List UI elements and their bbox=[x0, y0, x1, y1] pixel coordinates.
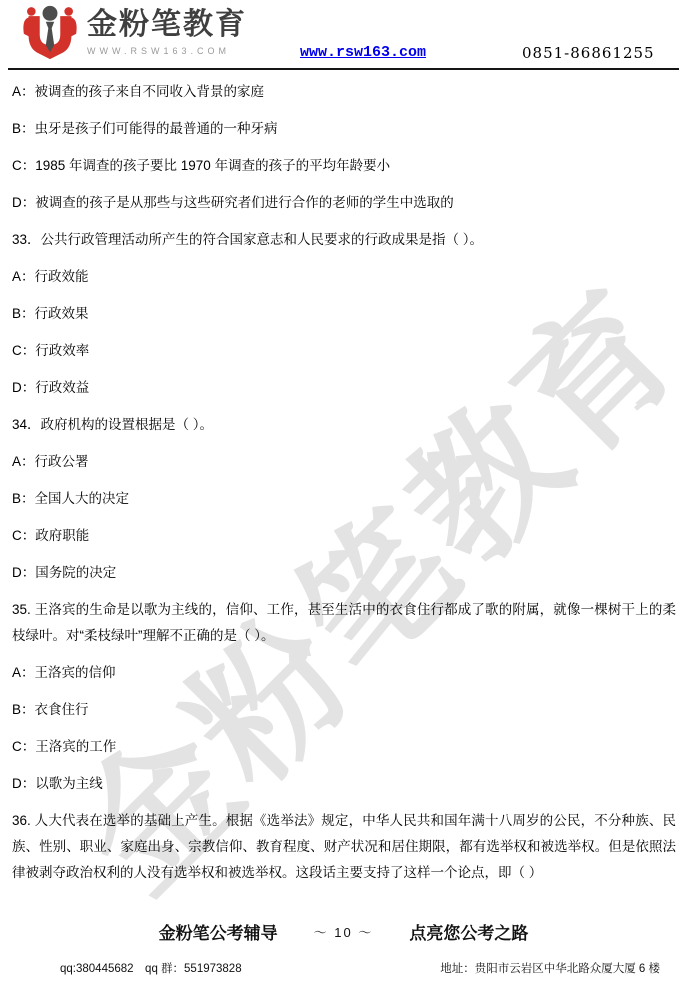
question-text: 35. 王洛宾的生命是以歌为主线的，信仰、工作，甚至生活中的衣食住行都成了歌的附… bbox=[12, 597, 676, 649]
option-text: D：国务院的决定 bbox=[12, 560, 676, 586]
option-text: B：衣食住行 bbox=[12, 697, 676, 723]
option-text: C：行政效率 bbox=[12, 338, 676, 364]
option-text: C：政府职能 bbox=[12, 523, 676, 549]
logo-text: 金粉笔教育 WWW.RSW163.COM bbox=[87, 3, 247, 56]
question-text: 34．政府机构的设置根据是（ ）。 bbox=[12, 412, 676, 438]
question-list: A：被调查的孩子来自不同收入背景的家庭B：虫牙是孩子们可能得的最普通的一种牙病C… bbox=[12, 79, 676, 897]
option-text: C：1985 年调查的孩子要比 1970 年调查的孩子的平均年龄要小 bbox=[12, 153, 676, 179]
option-text: B：虫牙是孩子们可能得的最普通的一种牙病 bbox=[12, 116, 676, 142]
question-text: 33．公共行政管理活动所产生的符合国家意志和人民要求的行政成果是指（ ）。 bbox=[12, 227, 676, 253]
option-text: B：全国人大的决定 bbox=[12, 486, 676, 512]
footer-slogan: 点亮您公考之路 bbox=[409, 919, 528, 944]
option-text: C：王洛宾的工作 bbox=[12, 734, 676, 760]
brand-subtitle: WWW.RSW163.COM bbox=[87, 46, 247, 56]
page-header: 金粉笔教育 WWW.RSW163.COM www.rsw163.com 0851… bbox=[8, 0, 679, 70]
phone-number: 0851-86861255 bbox=[522, 44, 655, 62]
brand-name: 金粉笔教育 bbox=[87, 10, 247, 40]
qq-contact: qq:380445682 qq 群：551973828 bbox=[60, 960, 242, 976]
option-text: B：行政效果 bbox=[12, 301, 676, 327]
logo-icon bbox=[22, 3, 78, 61]
question-text: 36. 人大代表在选举的基础上产生。根据《选举法》规定，中华人民共和国年满十八周… bbox=[12, 808, 676, 886]
option-text: A：被调查的孩子来自不同收入背景的家庭 bbox=[12, 79, 676, 105]
option-text: A：行政效能 bbox=[12, 264, 676, 290]
brand-logo: 金粉笔教育 WWW.RSW163.COM bbox=[22, 3, 247, 61]
address-text: 地址：贵阳市云岩区中华北路众厦大厦 6 楼 bbox=[440, 960, 660, 976]
option-text: A：行政公署 bbox=[12, 449, 676, 475]
page-number: ～ 10 ～ bbox=[314, 922, 374, 941]
footer-banner: 金粉笔公考辅导 ～ 10 ～ 点亮您公考之路 bbox=[0, 919, 687, 944]
option-text: D：以歌为主线 bbox=[12, 771, 676, 797]
website-link[interactable]: www.rsw163.com bbox=[300, 44, 426, 61]
option-text: D：行政效益 bbox=[12, 375, 676, 401]
footer-brand-text: 金粉笔公考辅导 bbox=[159, 919, 278, 944]
document-page: 金粉笔教育 金粉笔教育 WWW.RSW163.COM www.rsw163.c bbox=[0, 0, 687, 999]
option-text: D：被调查的孩子是从那些与这些研究者们进行合作的老师的学生中选取的 bbox=[12, 190, 676, 216]
footer-meta: qq:380445682 qq 群：551973828 地址：贵阳市云岩区中华北… bbox=[60, 960, 660, 976]
option-text: A：王洛宾的信仰 bbox=[12, 660, 676, 686]
